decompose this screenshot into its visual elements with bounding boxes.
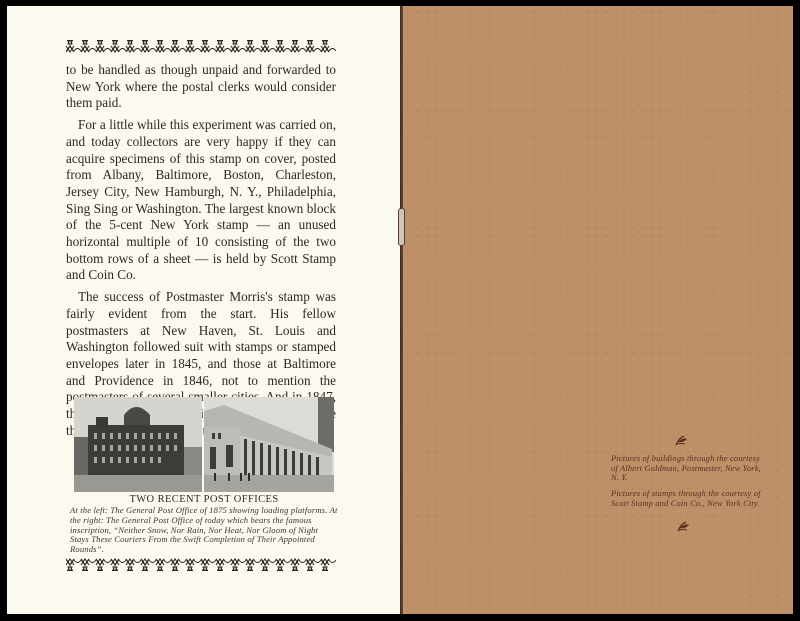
booklet-spread: to be handled as though unpaid and forwa… [0,0,800,621]
binding-stitch [398,208,405,246]
figure-photos [74,397,334,492]
decorative-border-icon [66,557,336,571]
photo-post-office-today [204,397,334,492]
spine-fold [400,6,403,614]
credit-stamps: Pictures of stamps through the courtesy … [611,489,761,508]
leaf-ornament-icon [675,433,689,445]
credit-buildings: Pictures of buildings through the courte… [611,454,761,483]
figure-title: TWO RECENT POST OFFICES [74,494,334,505]
leaf-ornament-icon [677,519,691,531]
paragraph: to be handled as though unpaid and forwa… [66,62,336,112]
photo-post-office-1875 [74,397,202,492]
decorative-border-icon [66,40,336,54]
paragraph: For a little while this experiment was c… [66,117,336,284]
body-text: to be handled as though unpaid and forwa… [66,62,336,444]
figure-caption: At the left: The General Post Office of … [70,506,338,555]
right-page-cover [402,6,793,614]
